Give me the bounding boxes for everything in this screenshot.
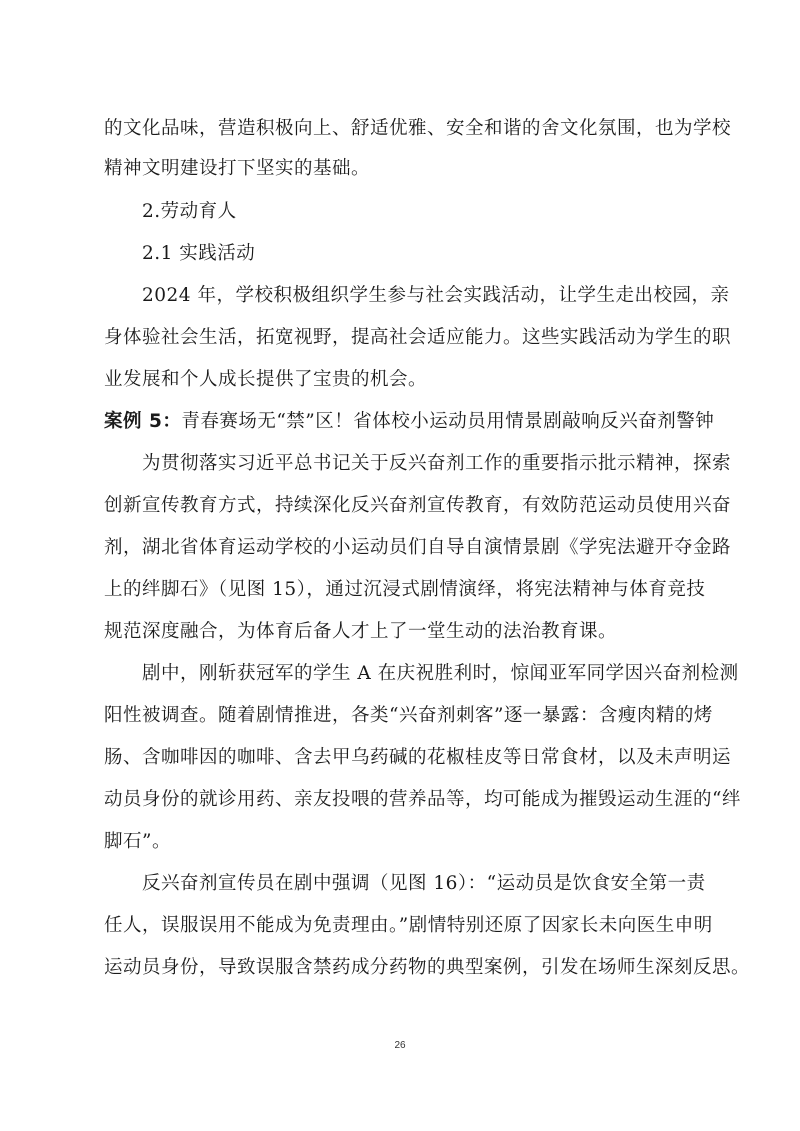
paragraph-line: 肠、含咖啡因的咖啡、含去甲乌药碱的花椒桂皮等日常食材，以及未声明运 [104, 746, 704, 770]
paragraph-line: 反兴奋剂宣传员在剧中强调（见图 16）：“运动员是饮食安全第一责 [142, 872, 704, 896]
paragraph-line: 运动员身份，导致误服含禁药成分药物的典型案例，引发在场师生深刻反思。 [104, 956, 704, 980]
paragraph-line: 精神文明建设打下坚实的基础。 [104, 157, 704, 181]
page-number: 26 [0, 1040, 800, 1051]
paragraph-line: 脚石”。 [104, 830, 704, 854]
paragraph-line: 规范深度融合，为体育后备人才上了一堂生动的法治教育课。 [104, 620, 704, 644]
paragraph-line: 身体验社会生活，拓宽视野，提高社会适应能力。这些实践活动为学生的职 [104, 326, 704, 350]
paragraph-line: 的文化品味，营造积极向上、舒适优雅、安全和谐的舍文化氛围，也为学校 [104, 117, 704, 141]
paragraph-line: 动员身份的就诊用药、亲友投喂的营养品等，均可能成为摧毁运动生涯的“绊 [104, 788, 704, 812]
paragraph-line: 2024 年，学校积极组织学生参与社会实践活动，让学生走出校园，亲 [142, 284, 704, 308]
case-title: 青春赛场无“禁”区！省体校小运动员用情景剧敲响反兴奋剂警钟 [181, 411, 714, 432]
paragraph-line: 剧中，刚斩获冠军的学生 A 在庆祝胜利时，惊闻亚军同学因兴奋剂检测 [142, 662, 704, 686]
section-heading: 2.劳动育人 [142, 200, 704, 224]
paragraph-line: 创新宣传教育方式，持续深化反兴奋剂宣传教育，有效防范运动员使用兴奋 [104, 494, 704, 518]
paragraph-line: 任人，误服误用不能成为免责理由。”剧情特别还原了因家长未向医生申明 [104, 914, 704, 938]
paragraph-line: 为贯彻落实习近平总书记关于反兴奋剂工作的重要指示批示精神，探索 [142, 452, 704, 476]
paragraph-line: 上的绊脚石》（见图 15），通过沉浸式剧情演绎，将宪法精神与体育竞技 [104, 578, 704, 602]
paragraph-line: 阳性被调查。随着剧情推进，各类“兴奋剂刺客”逐一暴露：含瘦肉精的烤 [104, 704, 704, 728]
subsection-heading: 2.1 实践活动 [142, 242, 704, 266]
case-label: 案例 5： [104, 411, 181, 432]
case-heading: 案例 5：青春赛场无“禁”区！省体校小运动员用情景剧敲响反兴奋剂警钟 [104, 410, 704, 434]
document-page: 的文化品味，营造积极向上、舒适优雅、安全和谐的舍文化氛围，也为学校 精神文明建设… [0, 0, 800, 1131]
paragraph-line: 剂，湖北省体育运动学校的小运动员们自导自演情景剧《学宪法避开夺金路 [104, 536, 704, 560]
paragraph-line: 业发展和个人成长提供了宝贵的机会。 [104, 368, 704, 392]
